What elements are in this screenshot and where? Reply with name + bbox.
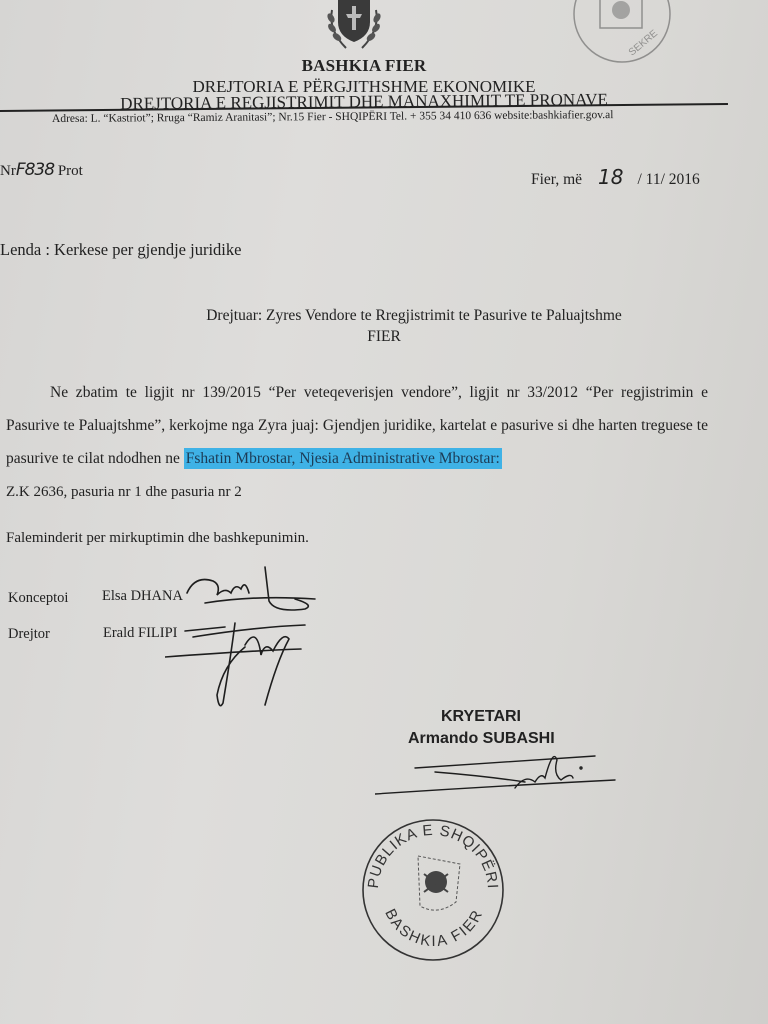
date-day-handwritten: 18 [598,165,623,189]
mayor-title: KRYETARI [441,708,521,726]
official-stamp: -REPUBLIKA E SHQIPËRISË- BASHKIA FIER [358,812,508,968]
body-paragraph: Ne zbatim te ligjit nr 139/2015 “Per vet… [6,376,708,475]
org-name: BASHKIA FIER [0,56,728,76]
addressee-city: FIER [0,328,768,346]
mayor-signature-icon [375,748,625,798]
protocol-prefix: Nr [0,163,16,179]
address-line: Adresa: L. “Kastriot”; Rruga “Ramiz Aran… [52,109,613,125]
protocol-number: NrF838 Prot [0,160,83,180]
parcel-line: Z.K 2636, pasuria nr 1 dhe pasuria nr 2 [6,484,242,501]
date-month-year: / 11/ 2016 [638,171,700,188]
date-place: Fier, më [531,171,582,188]
protocol-suffix: Prot [58,163,83,179]
subject-line: Lenda : Kerkese per gjendje juridike [0,240,241,260]
handwritten-signatures-icon [165,565,325,715]
signatory-role-director: Drejtor [8,626,50,643]
mayor-name: Armando SUBASHI [408,730,555,748]
protocol-handwritten-number: F838 [16,160,54,180]
document-date: Fier, më18/ 11/ 2016 [531,165,700,189]
coat-of-arms-icon [312,0,396,54]
highlighted-location: Fshatin Mbrostar, Njesia Administrative … [184,448,502,469]
signatory-role-concept: Konceptoi [8,590,68,607]
closing-line: Faleminderit per mirkuptimin dhe bashkep… [6,530,309,547]
addressee: Drejtuar: Zyres Vendore te Rregjistrimit… [0,307,768,325]
svg-text:BASHKIA FIER: BASHKIA FIER [381,906,486,950]
svg-text:SEKRE: SEKRE [627,28,660,58]
